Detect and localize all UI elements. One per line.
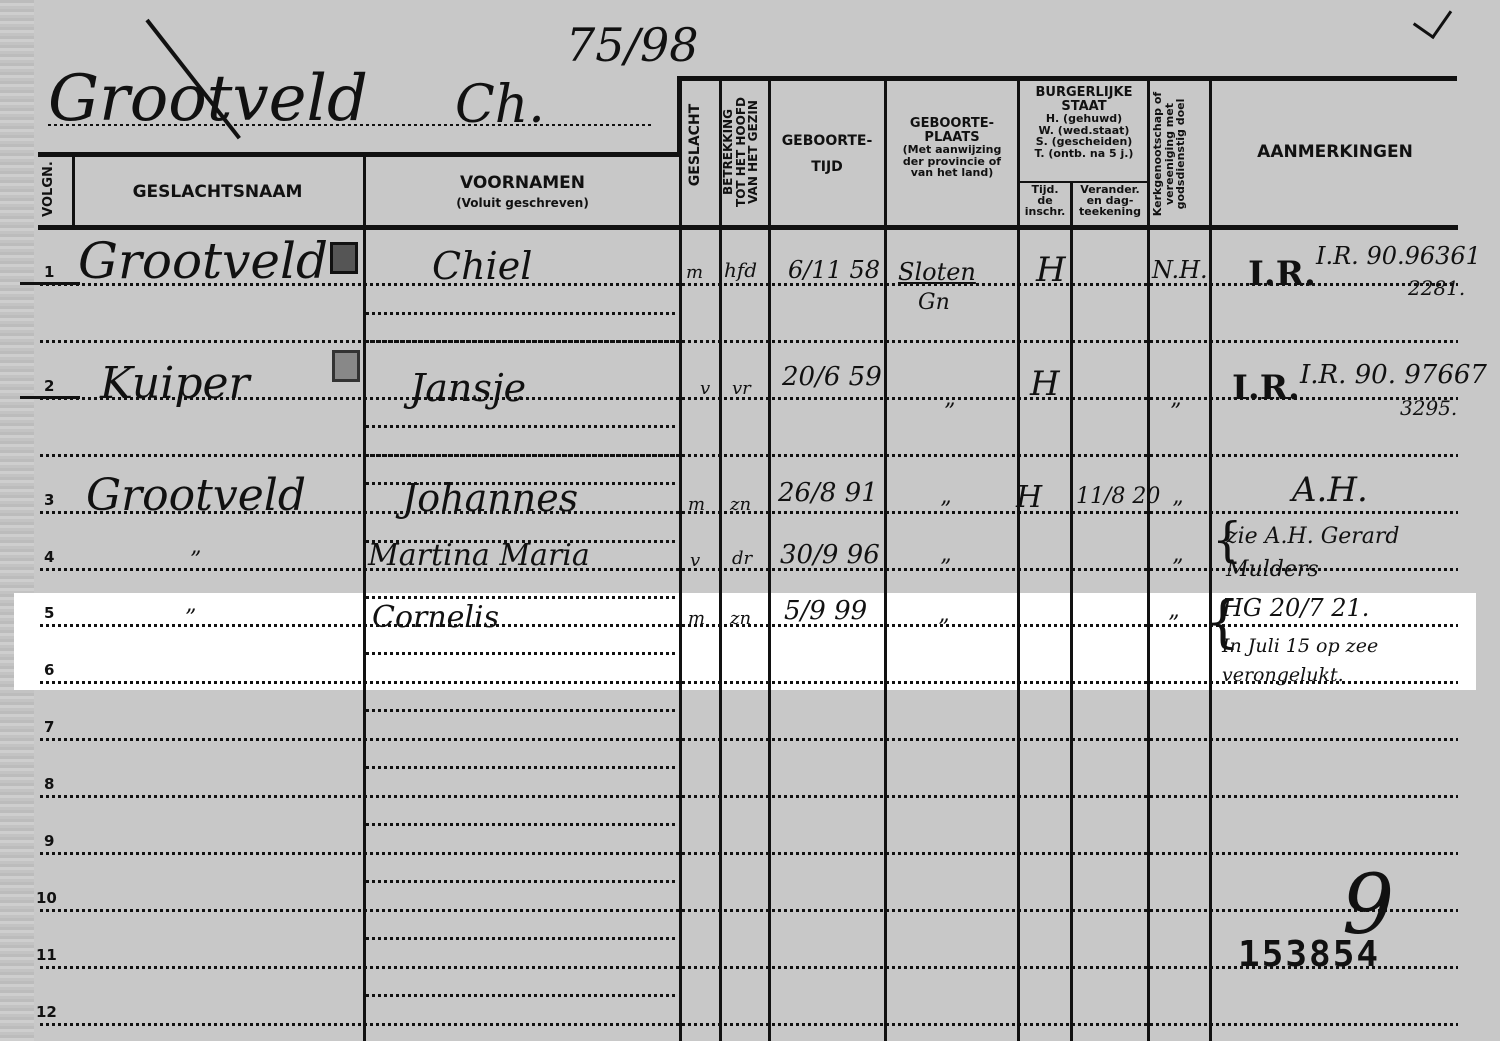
row-rule	[40, 283, 1458, 286]
row-number: 3	[44, 491, 54, 509]
entry-1-kerk: N.H.	[1152, 256, 1208, 284]
row-rule	[40, 852, 1458, 855]
col-line-voornamen	[679, 78, 682, 1041]
row-marker	[20, 282, 80, 285]
row-rule	[40, 397, 1458, 400]
entry-1-geboorteplaats: Sloten	[898, 258, 976, 286]
col-line-bs-tijd	[1070, 183, 1073, 1041]
header-kerkgenootschap: Kerkgenootschap of vereeniging met godsd…	[1152, 84, 1187, 224]
entry-3-verander: 11/8 20	[1076, 484, 1160, 509]
entry-4-geboortetijd: 30/9 96	[780, 540, 880, 570]
entry-1-geboortetijd: 6/11 58	[788, 256, 880, 284]
header-top-right-rule	[677, 76, 1457, 81]
row-number: 2	[44, 377, 54, 395]
entry-5-aanmerkingen: HG 20/7 21.	[1222, 594, 1369, 622]
col-line-geboorteplaats	[1017, 78, 1020, 1041]
sub-rule	[366, 937, 678, 940]
kerk-line-1: Kerkgenootschap of	[1152, 84, 1164, 224]
sub-rule	[366, 880, 678, 883]
header-betrekking: BETREKKING TOT HET HOOFD VAN HET GEZIN	[722, 82, 760, 222]
row-number: 8	[44, 775, 54, 793]
entry-2-ir-stamp: I.R.	[1232, 368, 1300, 408]
row-rule	[40, 966, 1458, 969]
header-geboorteplaats: GEBOORTE- PLAATS (Met aanwijzing der pro…	[888, 117, 1016, 179]
check-mark-icon	[1413, 0, 1452, 39]
sub-rule	[366, 994, 678, 997]
row-number: 7	[44, 718, 54, 736]
header-top-left-rule	[38, 152, 680, 157]
betrekking-line-1: BETREKKING	[722, 82, 735, 222]
betrekking-line-3: VAN HET GEZIN	[747, 82, 760, 222]
register-card: Grootveld Ch. 75/98 VOLGN. GESLACHTSNAAM…	[0, 0, 1500, 1041]
col-line-burgerlijke-staat	[1147, 78, 1150, 1041]
sub-rule	[366, 312, 678, 315]
header-voornamen: VOORNAMEN	[370, 173, 675, 193]
entry-1-aanmerkingen: I.R. 90.96361	[1316, 242, 1481, 270]
bs-verander-line-3: teekening	[1073, 206, 1147, 217]
entry-2-geboorteplaats: ”	[944, 400, 955, 425]
sub-rule	[366, 540, 678, 543]
entry-4-betrekking: dr	[732, 548, 752, 569]
entry-1-betrekking: hfd	[724, 258, 757, 282]
row-rule	[40, 909, 1458, 912]
row-rule	[40, 738, 1458, 741]
row-number: 1	[44, 263, 54, 281]
row-number: 9	[44, 832, 54, 850]
header-aanmerkingen: AANMERKINGEN	[1212, 142, 1458, 162]
entry-1-geslachtsnaam: Grootveld	[78, 232, 328, 290]
row-marker	[20, 396, 80, 399]
entry-2-voornamen: Jansje	[410, 366, 526, 410]
row-rule	[40, 568, 1458, 571]
sub-rule	[366, 425, 678, 428]
row-number: 11	[36, 946, 57, 964]
row-rule	[40, 681, 1458, 684]
entry-3-geboortetijd: 26/8 91	[778, 478, 878, 508]
kerk-line-3: godsdienstig doel	[1175, 84, 1187, 224]
entry-1-geslacht: m	[686, 262, 703, 283]
sub-rule	[366, 823, 678, 826]
sub-rule	[366, 652, 678, 655]
checkbox-marked-icon	[332, 350, 360, 382]
header-burgerlijke-staat: BURGERLIJKE STAAT H. (gehuwd) W. (wed.st…	[1020, 86, 1148, 159]
entry-5-voornamen: Cornelis	[372, 600, 499, 635]
entry-2-aanmerkingen: I.R. 90. 97667	[1300, 360, 1487, 390]
entry-2-geslachtsnaam: Kuiper	[100, 358, 250, 409]
entry-2-kerk: ”	[1170, 400, 1181, 425]
row-number: 6	[44, 661, 54, 679]
row-rule	[40, 795, 1458, 798]
entry-2-betrekking: vr	[732, 378, 751, 399]
geboortetijd-line-1: GEBOORTE-	[772, 133, 882, 149]
paper-edge	[0, 0, 34, 1041]
col-line-betrekking	[768, 78, 771, 1041]
header-bs-verander: Verander. en dag- teekening	[1073, 184, 1147, 217]
title-initials: Ch.	[455, 75, 545, 135]
sub-rule	[366, 766, 678, 769]
header-volgn: VOLGN.	[42, 158, 56, 220]
row-rule	[40, 624, 1458, 627]
footer-handwritten-mark: 9	[1342, 858, 1394, 953]
entry-1-voornamen: Chiel	[432, 244, 532, 288]
bs-line-2: STAAT	[1020, 100, 1148, 114]
row-number: 12	[36, 1003, 57, 1021]
bs-tijd-line-3: inschr.	[1020, 206, 1070, 217]
geboorteplaats-line-5: van het land)	[888, 167, 1016, 179]
entry-2-geslacht: v	[700, 378, 710, 399]
entry-2-geboortetijd: 20/6 59	[782, 362, 882, 392]
entry-1-ir-stamp: I.R.	[1248, 254, 1316, 294]
row-number: 4	[44, 548, 54, 566]
col-line-geslacht	[719, 78, 722, 1041]
sub-rule	[366, 596, 678, 599]
header-bottom-rule	[38, 225, 1458, 230]
entry-1-aanmerkingen-sub: 2281.	[1408, 276, 1465, 300]
row-number: 10	[36, 889, 57, 907]
entry-5-geboortetijd: 5/9 99	[784, 596, 867, 626]
row-number: 5	[44, 604, 54, 622]
row-rule	[40, 1023, 1458, 1026]
bs-line-6: T. (ontb. na 5 j.)	[1020, 148, 1148, 160]
checkbox-marked-icon	[330, 242, 358, 274]
row-separator-rule	[40, 454, 1458, 457]
geboorteplaats-line-1: GEBOORTE-	[888, 117, 1016, 131]
bs-line-1: BURGERLIJKE	[1020, 86, 1148, 100]
title-dotted-line	[48, 124, 652, 126]
header-voornamen-sub: (Voluit geschreven)	[370, 196, 675, 210]
entry-1-geboorteplaats-sub: Gn	[918, 290, 950, 315]
header-bs-tijd: Tijd. de inschr.	[1020, 184, 1070, 217]
entry-3-aanmerkingen: A.H.	[1292, 470, 1368, 510]
entry-5-geslachtsnaam: ”	[185, 606, 196, 631]
geboorteplaats-line-2: PLAATS	[888, 131, 1016, 145]
header-geslacht: GESLACHT	[688, 90, 703, 200]
header-geboortetijd: GEBOORTE- TIJD	[772, 133, 882, 175]
entry-3-burgerlijke-staat: H	[1016, 480, 1042, 515]
row-separator-rule	[40, 340, 1458, 343]
header-geslachtsnaam: GESLACHTSNAAM	[80, 182, 355, 202]
row-rule	[40, 511, 1458, 514]
geboortetijd-line-2: TIJD	[772, 159, 882, 175]
col-line-geboortetijd	[884, 78, 887, 1041]
sub-rule	[366, 482, 678, 485]
col-line-volgn	[72, 155, 75, 227]
entry-5-geboorteplaats: ”	[938, 616, 949, 641]
entry-4-aanmerkingen: zie A.H. Gerard Mulders	[1226, 520, 1456, 586]
card-ref: 75/98	[566, 18, 699, 72]
sub-rule	[366, 709, 678, 712]
